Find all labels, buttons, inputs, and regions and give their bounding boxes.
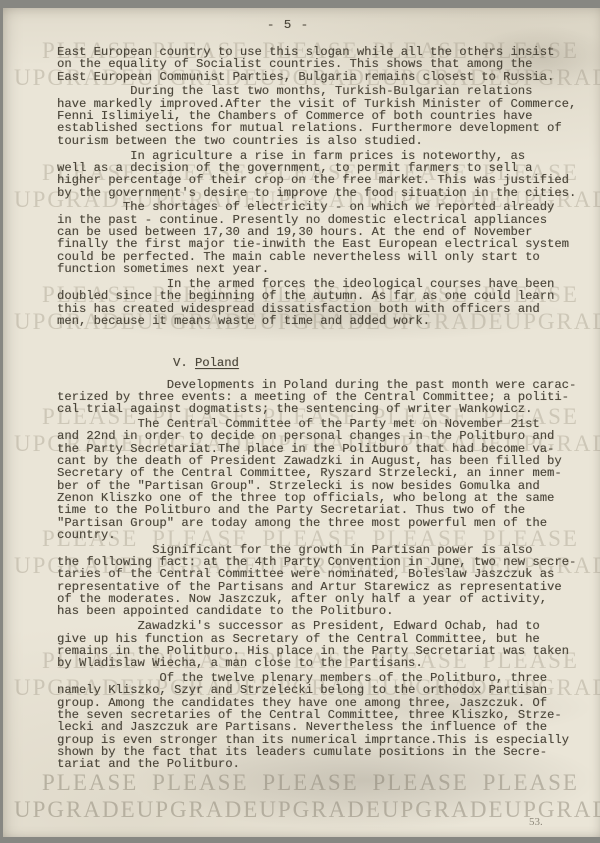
paragraph: East European country to use this slogan… [57, 46, 597, 83]
paragraph: In agriculture a rise in farm prices is … [57, 150, 597, 199]
page-number: - 5 - [228, 18, 348, 32]
archive-page-number: 53. [529, 816, 543, 828]
paragraph: Zawadzki's successor as President, Edwar… [57, 620, 597, 669]
paragraph: Of the twelve plenary members of the Pol… [57, 672, 597, 771]
scanned-document-page: PLEASEPLEASEPLEASEPLEASEPLEASEUPGRADEUPG… [0, 0, 600, 843]
document-body: East European country to use this slogan… [57, 46, 597, 773]
paragraph: The shortages of electricity - on which … [57, 201, 597, 275]
typewritten-text-layer: - 5 - East European country to use this … [0, 0, 600, 843]
paragraph: During the last two months, Turkish-Bulg… [57, 85, 597, 147]
body-before: East European country to use this slogan… [57, 46, 597, 327]
section-heading: V. Poland [173, 357, 597, 369]
paragraph: Developments in Poland during the past m… [57, 379, 597, 416]
paragraph: Significant for the growth in Partisan p… [57, 544, 597, 618]
paragraph: In the armed forces the ideological cour… [57, 278, 597, 327]
section-title: Poland [195, 356, 239, 370]
section-numeral: V. [173, 356, 188, 370]
paragraph: The Central Committee of the Party met o… [57, 418, 597, 541]
body-after: Developments in Poland during the past m… [57, 379, 597, 771]
